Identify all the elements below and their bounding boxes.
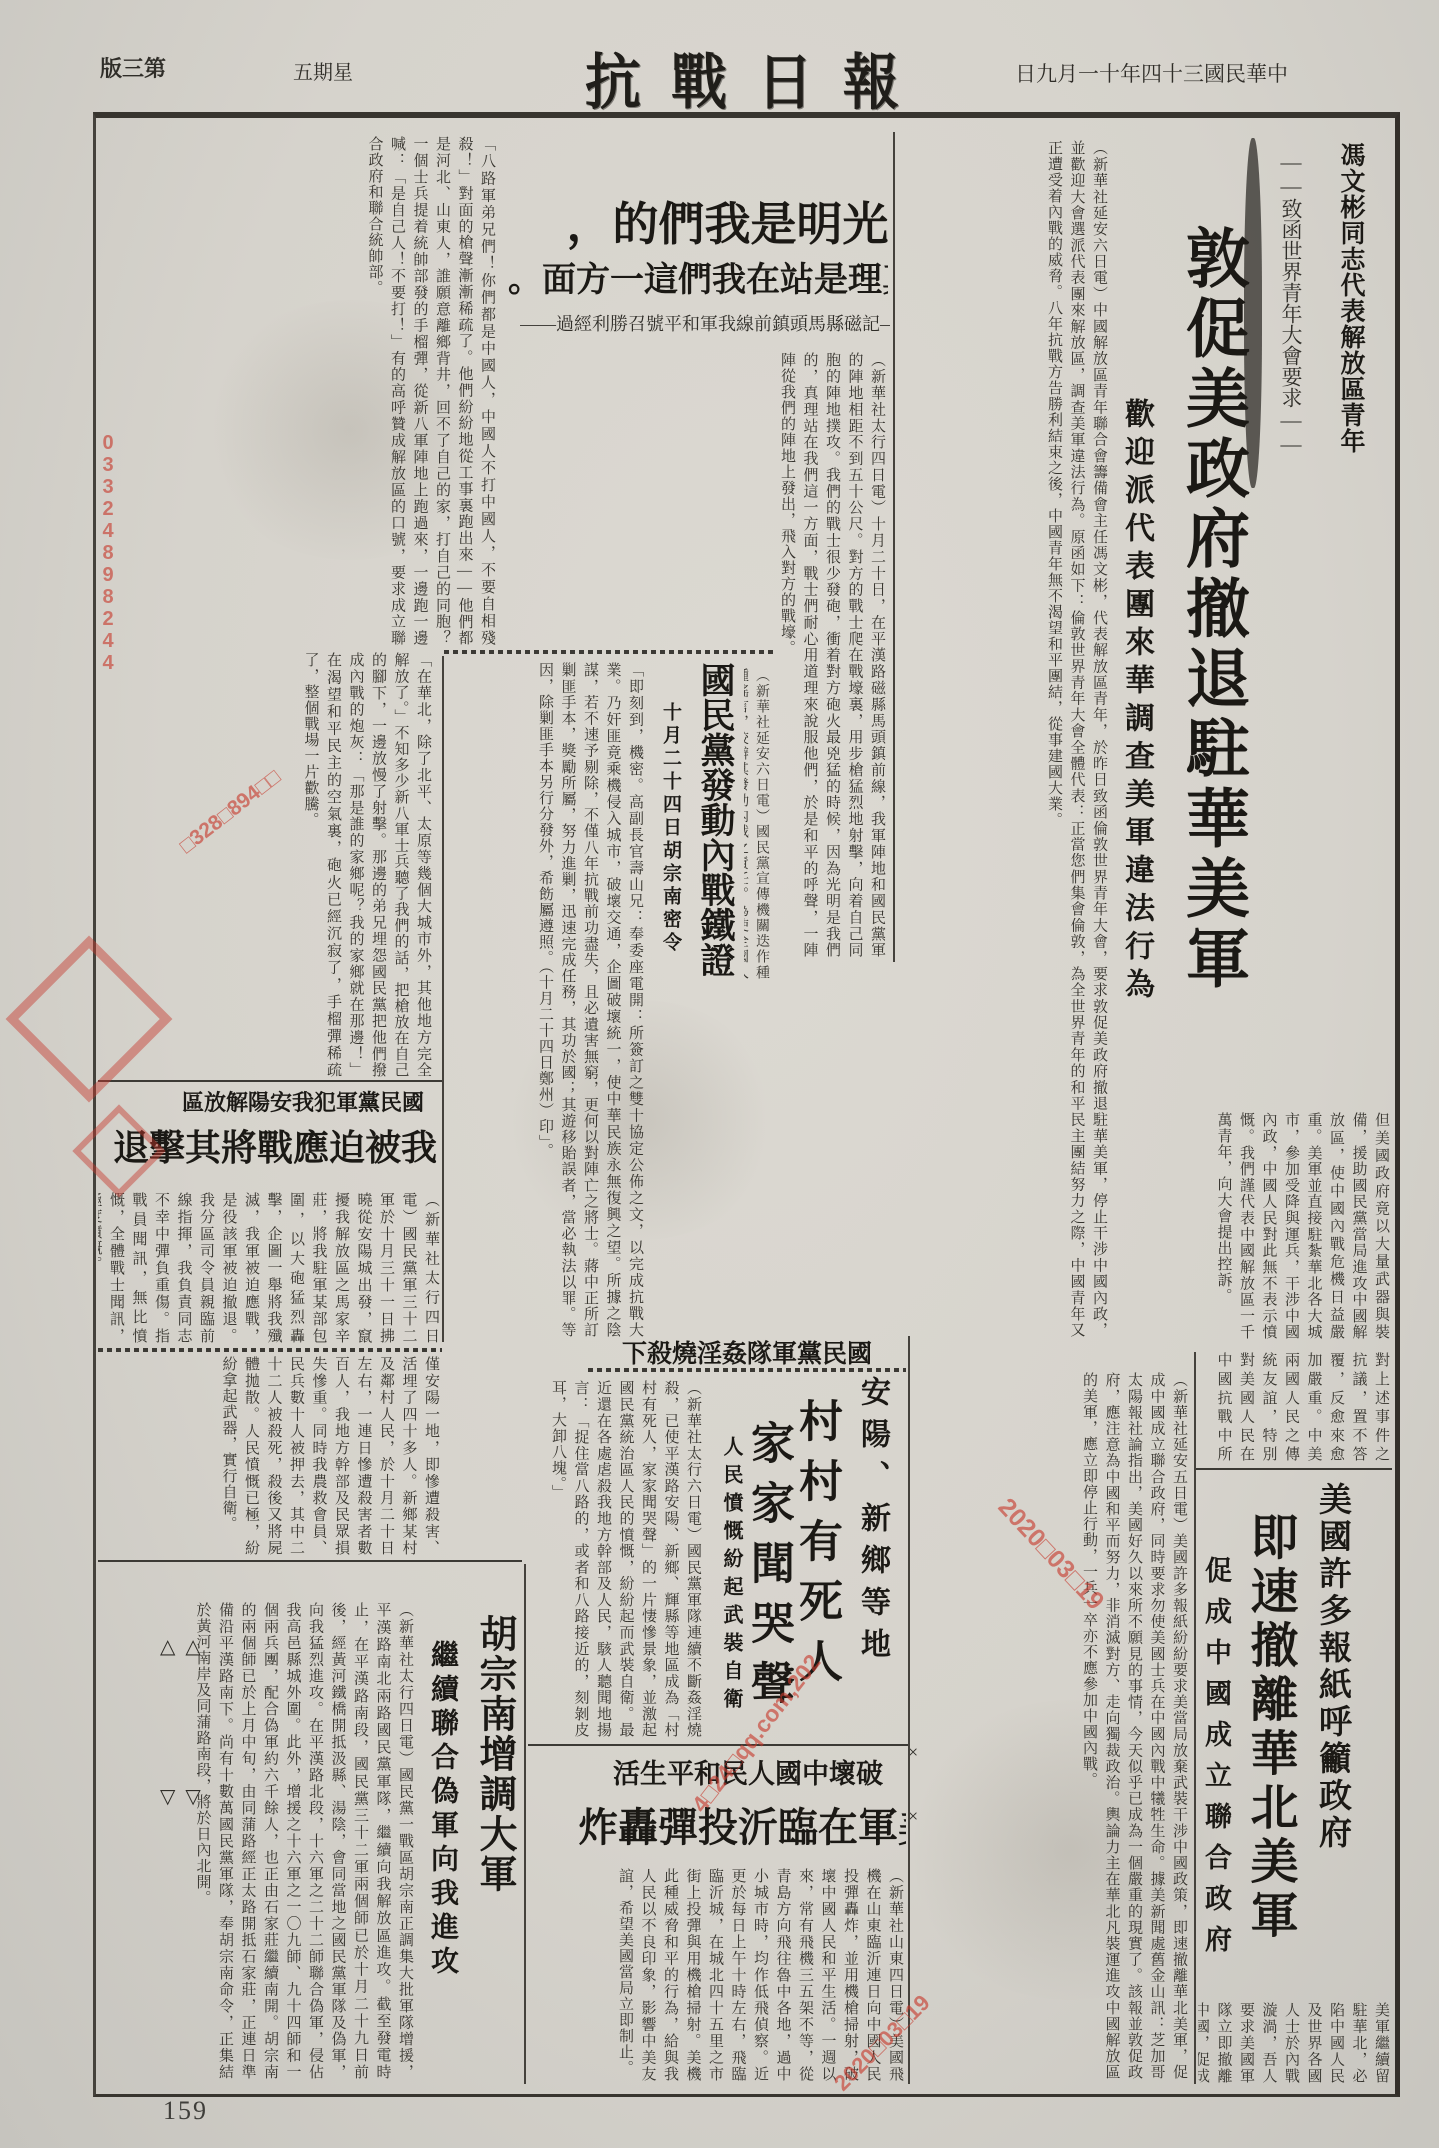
linyi-kicker: 活生平和民人國中壞破 <box>590 1752 906 1791</box>
light-headline-2: 。面方一這們我在站是理真 <box>508 252 888 301</box>
evidence-subhead: 十月二十四日胡宗南密令 <box>652 702 684 976</box>
column-divider <box>442 656 444 1342</box>
papers-headline-main: 即速撤離華北美軍 <box>1242 1512 1304 1964</box>
weekday-label: 五期星 <box>293 56 353 85</box>
column-divider <box>1194 1352 1196 2084</box>
hu-body: （新華社太行四日電）國民黨一戰區胡宗南正調集大批軍隊增援，平漢路南北兩路國民黨軍… <box>148 1602 416 2080</box>
evidence-headline: 國民黨發動內戰鐵證 <box>686 662 740 992</box>
linyi-body: （新華社山東四日電）美國飛機在山東臨沂連日向中國人民投彈轟炸，並用機槍掃射，破壞… <box>530 1868 906 2082</box>
hu-headline-1: 胡宗南增調大軍 <box>462 1614 522 1906</box>
column-divider <box>893 132 895 962</box>
linyi-headline: 炸轟彈投沂臨在軍美 <box>578 1796 906 1853</box>
anyang-body: （新華社太行四日電）國民黨軍三十二軍於十月三十一日拂曉從安陽城出發，竄擾我解放區… <box>98 1192 442 1344</box>
weeping-body: （新華社太行六日電）國民黨軍隊連續不斷姦淫燒殺，已使平漢路安陽、新鄉、輝縣等地區… <box>504 1380 704 1738</box>
light-subhead: ——過經利勝召號平和軍我線前鎮頭馬縣磁記—— <box>520 310 890 336</box>
papers-headline-top: 美國許多報紙呼籲政府 <box>1312 1482 1356 1872</box>
light-body-left: 「八路軍弟兄們！你們都是中國人，中國人不打中國人，不要自相殘殺！」對面的槍聲漸漸… <box>98 136 498 646</box>
evidence-intro: （新華社延安六日電）國民黨宣傳機關迭作種種謠言，狡辯其發動內戰之責任。為使全國人… <box>744 668 772 980</box>
edition-label: 版三第 <box>100 52 166 83</box>
page-number: 159 <box>163 2096 208 2126</box>
troops-headline: 敦促美政府撤退駐華美軍 <box>1170 225 1258 1105</box>
column-divider <box>908 1336 910 2084</box>
troops-body-cont: 但美國政府竟以大量武器與裝備，援助國民黨當局進攻中國解放區，使中國內戰危機日益嚴… <box>1146 1112 1392 1340</box>
section-rule <box>98 1080 442 1082</box>
weeping-body-cont: 僅安陽一地，即慘遭殺害、活埋了四十多人。新鄉某村及鄰村人民，於十月二十日左右，一… <box>98 1356 442 1556</box>
column-divider <box>524 1564 526 2084</box>
section-rule <box>528 1744 908 1746</box>
masthead-title: 抗戰日報 <box>585 35 929 121</box>
papers-body: （新華社延安五日電）美國許多報紙紛紛要求美當局放棄武裝干涉中國政策，即速撤離華北… <box>1022 1372 1190 2080</box>
troops-request-line: ——致函世界青年大會要求—— <box>1268 150 1306 495</box>
papers-body-cont: 美軍繼續留駐華北，必陷中國人民及世界各國人士於內戰漩渦，吾人要求美國軍隊立即撤離… <box>1198 2002 1392 2084</box>
hu-headline-2: 繼續聯合偽軍向我進攻 <box>420 1640 462 1998</box>
anyang-kicker: 區放解陽安我犯軍黨民國 <box>168 1086 438 1117</box>
troops-subhead: 歡迎派代表團來華調查美軍違法行為 <box>1114 398 1158 1110</box>
troops-body: （新華社延安六日電）中國解放區青年聯合會籌備會主任馮文彬，代表解放區青年，於昨日… <box>900 140 1110 1338</box>
triangle-marks-up: △△ <box>160 1634 211 1659</box>
wavy-rule <box>588 1368 906 1372</box>
weeping-kicker: 下殺燒淫姦隊軍黨民國 <box>588 1334 906 1370</box>
troops-body-letter: 對上述事件之抗議，置不答覆，反愈來愈加嚴重。中美兩國人民之傳統友誼，特別對美國人… <box>1210 1352 1392 1462</box>
newspaper-page: 版三第 五期星 抗戰日報 日九月一十年四十三國民華中 馮文彬同志代表解放區青年 … <box>0 0 1439 2148</box>
evidence-body: 「即刻到，機密。高副長官壽山兄：奉委座電開：所簽訂之雙十協定公佈之文，以完成抗戰… <box>446 662 646 1338</box>
troops-kicker: 馮文彬同志代表解放區青年 <box>1322 142 1368 472</box>
weeping-subhead: 人民憤慨紛起武裝自衛 <box>710 1436 746 1738</box>
triangle-marks-down: ▽▽ <box>160 1784 211 1809</box>
papers-headline-sub: 促成中國成立聯合政府 <box>1198 1556 1236 1988</box>
light-headline-1: ，的們我是明光 <box>565 188 890 254</box>
wavy-rule <box>98 1348 442 1352</box>
wavy-rule <box>444 650 774 654</box>
section-rule <box>98 1560 522 1562</box>
weeping-headline-2: 家家聞哭聲 <box>750 1420 800 1732</box>
section-rule <box>1196 1468 1392 1470</box>
weeping-headline-1: 村村有死人 <box>798 1398 848 1710</box>
weeping-area-line: 安陽、新鄉等地 <box>848 1376 894 1708</box>
date-line: 日九月一十年四十三國民華中 <box>1015 58 1288 88</box>
